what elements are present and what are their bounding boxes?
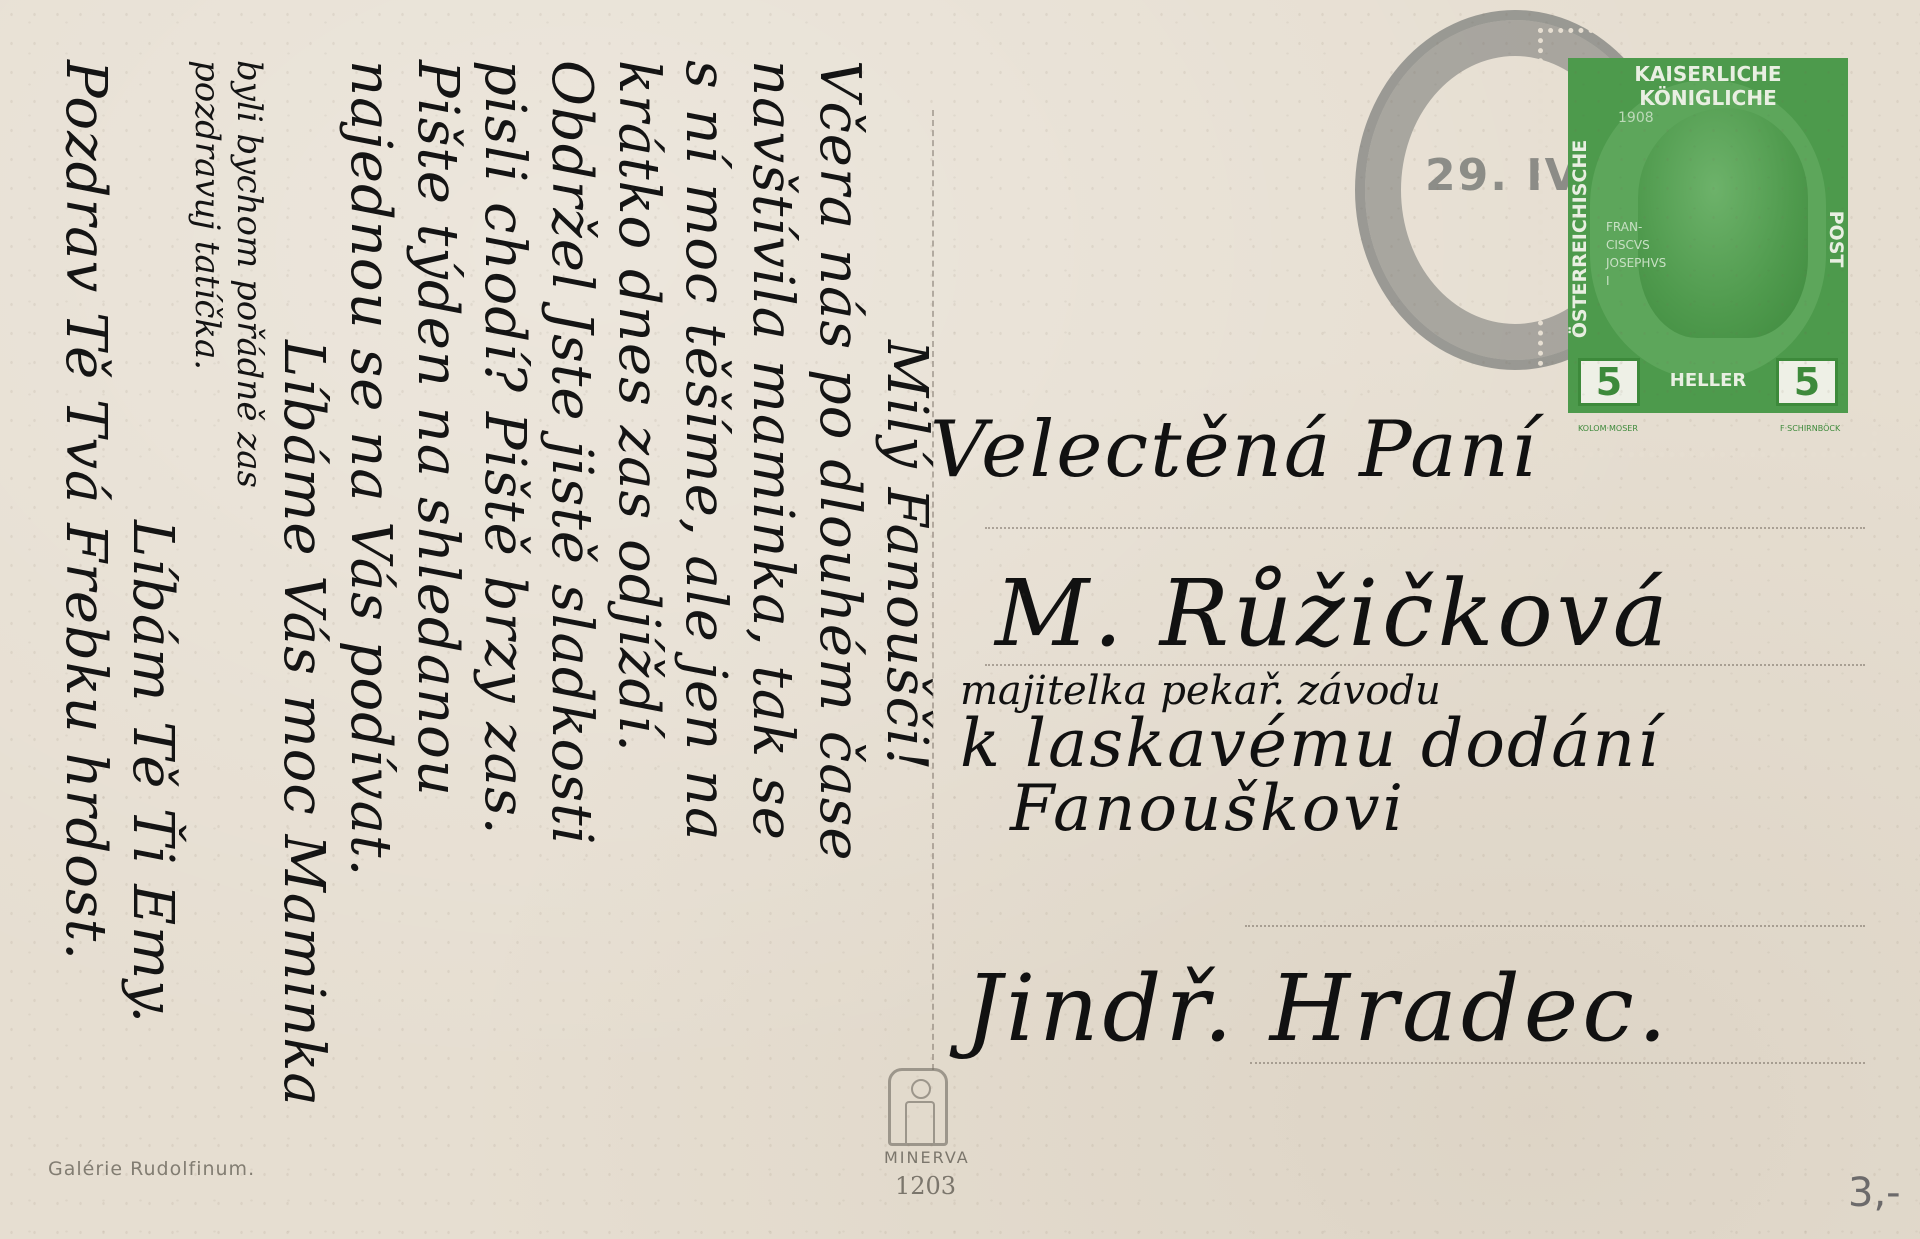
stamp-top-text: KAISERLICHE KÖNIGLICHE — [1568, 62, 1848, 110]
logo-figure-body — [905, 1101, 935, 1143]
address-city: Jindř. Hradec. — [965, 955, 1671, 1062]
handwritten-message: Milý Fanoušči! Včera nás po dlouhém čase… — [20, 60, 940, 1210]
message-line: s ní moc těšíme, ale jen na — [672, 60, 739, 1210]
postcard-back: Milý Fanoušči! Včera nás po dlouhém čase… — [0, 0, 1920, 1239]
stamp-portrait-caption: FRAN- CISCVS JOSEPHVS I — [1606, 218, 1666, 290]
address-rule — [1250, 1062, 1865, 1064]
publisher-name: MINERVA — [884, 1148, 970, 1167]
stamp-value-right: 5 — [1776, 358, 1838, 406]
logo-figure-head — [911, 1079, 931, 1099]
stamp-engraver-credit: F·SCHIRNBÖCK — [1780, 424, 1840, 433]
address-recipient: Fanouškovi — [1010, 772, 1406, 846]
stamp-right-text: POST — [1825, 119, 1847, 359]
message-line: Líbám Tě Ťi Emy. — [119, 60, 186, 1210]
gallery-credit: Galérie Rudolfinum. — [48, 1158, 255, 1180]
message-line: Obdržel Jste jistě sladkosti — [538, 60, 605, 1210]
message-line: pozdravuj tatíčka. — [186, 60, 228, 1210]
stamp-denomination: HELLER — [1646, 370, 1770, 391]
caption-line: JOSEPHVS — [1606, 254, 1666, 272]
address-salutation: Velectěná Paní — [930, 405, 1538, 495]
publisher-number: 1203 — [895, 1172, 956, 1200]
message-line: pisli chodí? Piště brzy zas. — [471, 60, 538, 1210]
stamp-value-left: 5 — [1578, 358, 1640, 406]
caption-line: CISCVS — [1606, 236, 1666, 254]
address-delivery-note: k laskavému dodání — [960, 705, 1660, 782]
address-rule — [1245, 925, 1865, 927]
address-name: M. Růžičková — [995, 560, 1672, 667]
message-line: byli bychom pořádně zas — [228, 60, 270, 1210]
message-line: Milý Fanoušči! — [873, 60, 940, 1210]
stamp-year: 1908 — [1618, 110, 1654, 126]
message-line: navštívila maminka, tak se — [739, 60, 806, 1210]
message-line: Líbáme Vás moc Maminka — [270, 60, 337, 1210]
caption-line: I — [1606, 272, 1666, 290]
caption-line: FRAN- — [1606, 218, 1666, 236]
message-line: Pište týden na shledanou — [404, 60, 471, 1210]
message-line: najednou se na Vás podívat. — [337, 60, 404, 1210]
message-line: Včera nás po dlouhém čase — [806, 60, 873, 1210]
minerva-logo-icon — [888, 1068, 948, 1146]
stamp-left-text: ÖSTERREICHISCHE — [1569, 119, 1591, 359]
address-rule — [985, 527, 1865, 529]
message-signature: Pozdrav Tě Tvá Frebku hrdost. — [52, 60, 119, 1210]
postage-stamp: KAISERLICHE KÖNIGLICHE ÖSTERREICHISCHE P… — [1568, 58, 1848, 413]
message-line: krátko dnes zas odjíždí. — [605, 60, 672, 1210]
price-pencil-mark: 3,- — [1848, 1170, 1901, 1216]
stamp-designer-credit: KOLOM·MOSER — [1578, 424, 1638, 433]
